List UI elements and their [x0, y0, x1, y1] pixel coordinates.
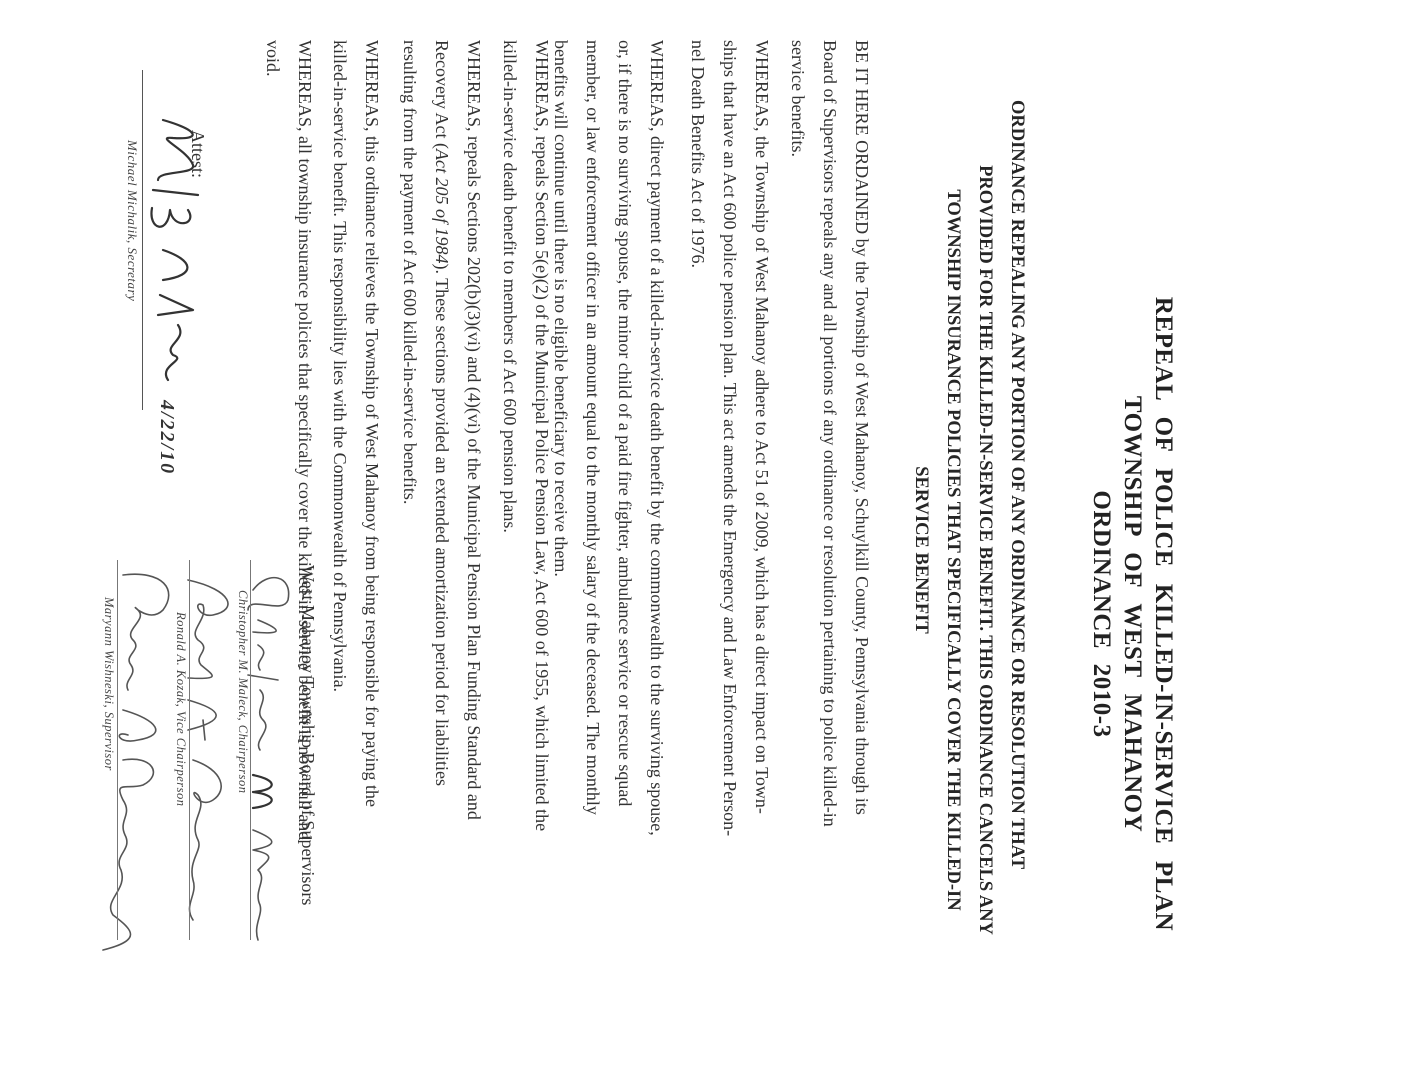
secretary-signature — [138, 110, 218, 410]
paragraph-line: ships that have an Act 600 police pensio… — [714, 40, 746, 1030]
paragraph-line: WHEREAS, this ordinance relieves the Tow… — [356, 40, 388, 1030]
paragraph-line: Recovery Act (Act 205 of 1984). These se… — [426, 40, 458, 1030]
paragraph-line: Board of Supervisors repeals any and all… — [814, 40, 846, 1030]
paragraph-line: service benefits. — [782, 40, 814, 1030]
paragraph-whereas-act51: WHEREAS, the Township of West Mahanoy ad… — [682, 40, 778, 1030]
vice-chairperson-signature-line — [189, 560, 190, 940]
document-title: REPEAL OF POLICE KILLED-IN-SERVICE PLAN — [1148, 0, 1178, 1088]
paragraph-line: resulting from the payment of Act 600 ki… — [394, 40, 426, 1030]
paragraph-line: WHEREAS, direct payment of a killed-in-s… — [641, 40, 673, 1030]
paragraph-whereas-direct-payment: WHEREAS, direct payment of a killed-in-s… — [545, 40, 673, 1030]
heading-line: ORDINANCE REPEALING ANY PORTION OF ANY O… — [1001, 100, 1033, 1000]
heading-line: SERVICE BENEFIT — [905, 100, 937, 1000]
supervisor-signature-line — [117, 560, 118, 940]
paragraph-line: WHEREAS, repeals Section 5(e)(2) of the … — [526, 40, 558, 1030]
paragraph-line: WHEREAS, repeals Sections 202(b)(3)(vi) … — [458, 40, 490, 1030]
supervisor-name: Maryann Wishneski, Supervisor — [101, 597, 116, 771]
attest-signature-line — [142, 70, 143, 410]
paragraph-line: killed-in-service benefit. This responsi… — [324, 40, 356, 1030]
paragraph-whereas-section-5e2: WHEREAS, repeals Section 5(e)(2) of the … — [494, 40, 558, 1030]
paragraph-whereas-act205: WHEREAS, repeals Sections 202(b)(3)(vi) … — [394, 40, 490, 1030]
attest-date: 4/22/10 — [155, 400, 178, 475]
act-citation: Act 205 of 1984 — [432, 149, 452, 264]
heading-line: TOWNSHIP INSURANCE POLICIES THAT SPECIFI… — [937, 100, 969, 1000]
paragraph-line: or, if there is no surviving spouse, the… — [609, 40, 641, 1030]
document-township: TOWNSHIP OF WEST MAHANOY — [1117, 0, 1147, 1088]
paragraph-whereas-relieves: WHEREAS, this ordinance relieves the Tow… — [324, 40, 388, 1030]
paragraph-ordained: BE IT HERE ORDAINED by the Township of W… — [782, 40, 878, 1030]
chairperson-signature-line — [250, 560, 251, 940]
paragraph-line: BE IT HERE ORDAINED by the Township of W… — [846, 40, 878, 1030]
ordinance-heading: ORDINANCE REPEALING ANY PORTION OF ANY O… — [905, 100, 1033, 1000]
paragraph-line: WHEREAS, the Township of West Mahanoy ad… — [746, 40, 778, 1030]
heading-line: PROVIDED FOR THE KILLED-IN-SERVICE BENEF… — [969, 100, 1001, 1000]
paragraph-line: killed-in-service death benefit to membe… — [494, 40, 526, 1030]
paragraph-line: member, or law enforcement officer in an… — [577, 40, 609, 1030]
paragraph-line: nel Death Benefits Act of 1976. — [682, 40, 714, 1030]
board-label: West Mahanoy Township Board of Superviso… — [297, 565, 318, 905]
document-page: REPEAL OF POLICE KILLED-IN-SERVICE PLAN … — [0, 0, 1408, 1088]
document-ordinance-number: ORDINANCE 2010-3 — [1086, 0, 1116, 1088]
attest-signer-name: Michael Michalik, Secretary — [124, 140, 140, 301]
